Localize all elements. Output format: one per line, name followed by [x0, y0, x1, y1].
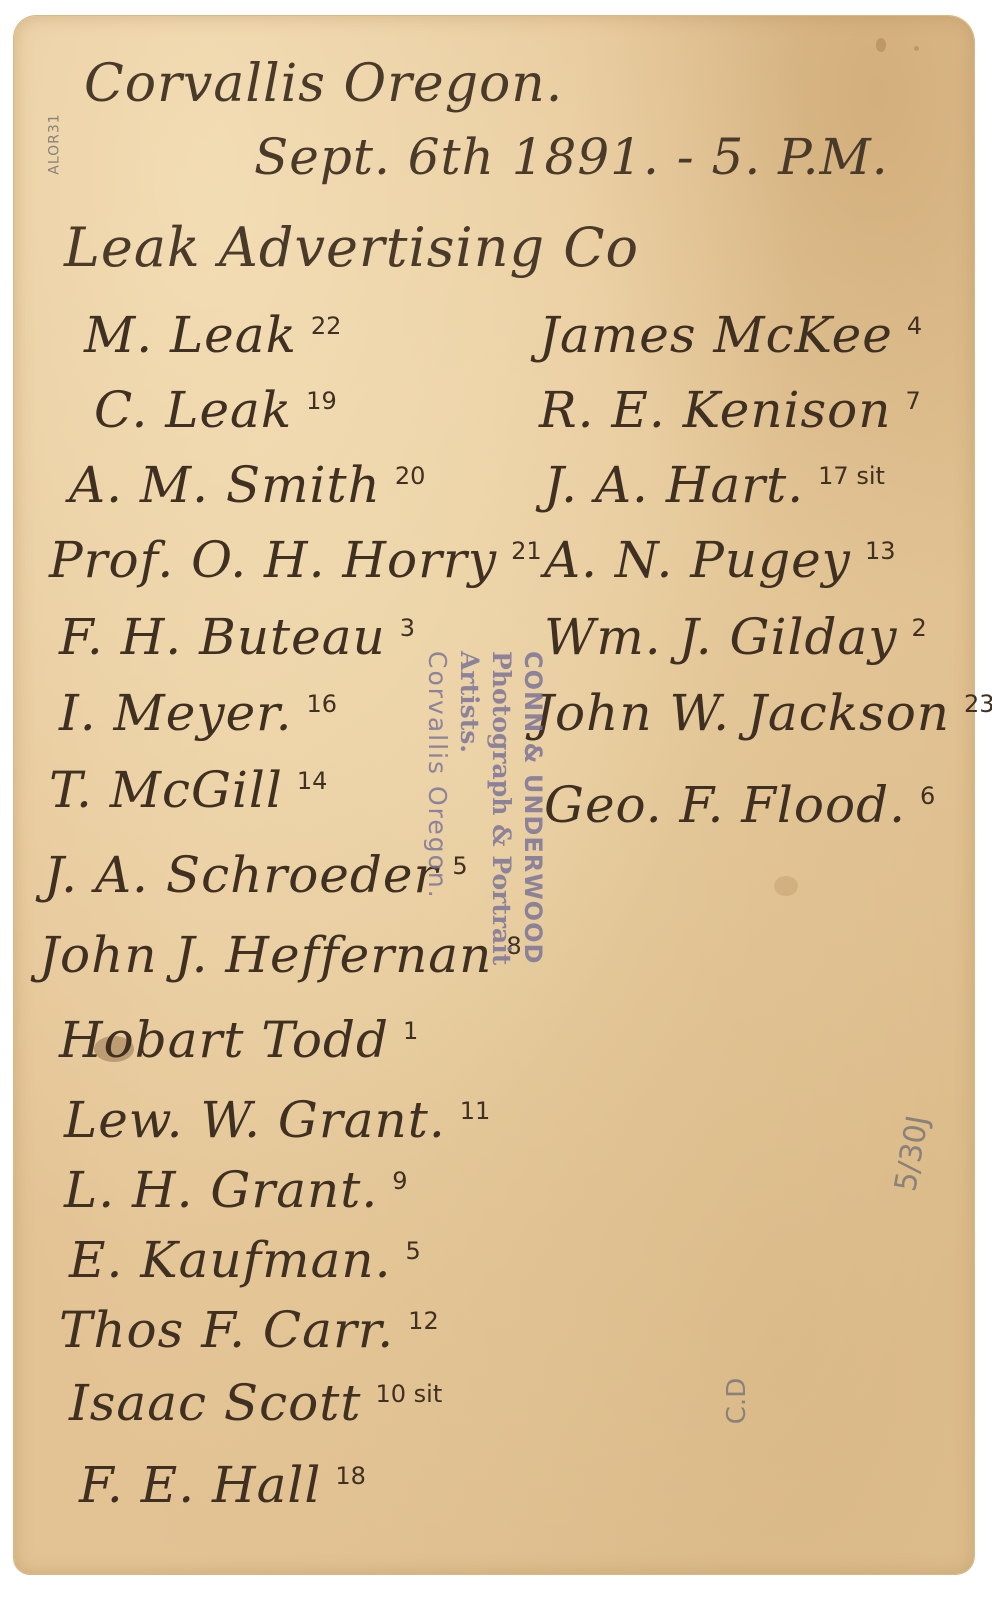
position-number: 18 [335, 1462, 366, 1490]
position-number: 10 sit [375, 1380, 442, 1408]
date-heading: Sept. 6th 1891. - 5. P.M. [254, 128, 889, 186]
pencil-initials: C.D [722, 1378, 752, 1424]
roster-entry: T. McGill14 [49, 761, 327, 819]
accession-number: ALOR31 [47, 113, 63, 174]
foxing-spot [774, 876, 798, 896]
person-name: Wm. J. Gilday [544, 608, 898, 666]
roster-entry: Wm. J. Gilday2 [544, 608, 927, 666]
position-number: 22 [311, 312, 342, 340]
position-number: 6 [920, 782, 935, 810]
company-name: Leak Advertising Co [64, 216, 639, 279]
roster-entry: Thos F. Carr.12 [59, 1301, 439, 1359]
position-number: 12 [408, 1307, 439, 1335]
position-number: 5 [405, 1237, 420, 1265]
position-number: 9 [392, 1167, 407, 1195]
place-heading: Corvallis Oregon. [84, 54, 563, 114]
roster-entry: Hobart Todd1 [59, 1011, 418, 1069]
roster-entry: John W. Jackson23 [534, 684, 992, 742]
person-name: Lew. W. Grant. [64, 1091, 446, 1149]
roster-entry: F. E. Hall18 [79, 1456, 366, 1514]
position-number: 13 [865, 537, 896, 565]
person-name: A. M. Smith [69, 456, 381, 514]
position-number: 16 [306, 690, 337, 718]
photographer-stamp: CONN & UNDERWOOD Photograph & Portrait A… [439, 651, 549, 1011]
person-name: E. Kaufman. [69, 1231, 391, 1289]
roster-entry: Geo. F. Flood.6 [544, 776, 935, 834]
position-number: 2 [912, 614, 927, 642]
stamp-studio-name: CONN & UNDERWOOD [517, 651, 549, 1011]
person-name: Isaac Scott [69, 1374, 361, 1432]
person-name: I. Meyer. [59, 684, 292, 742]
person-name: Hobart Todd [59, 1011, 389, 1069]
inventory-number: 5/30J [888, 1113, 936, 1194]
person-name: J. A. Hart. [544, 456, 804, 514]
person-name: Prof. O. H. Horry [49, 531, 497, 589]
roster-entry: A. N. Pugey13 [544, 531, 895, 589]
position-number: 7 [905, 387, 920, 415]
foxing-spot [914, 46, 919, 51]
person-name: John W. Jackson [534, 684, 950, 742]
person-name: Thos F. Carr. [59, 1301, 394, 1359]
stamp-studio-location: Corvallis Oregon. [421, 651, 453, 1011]
person-name: R. E. Kenison [539, 381, 891, 439]
roster-entry: R. E. Kenison7 [539, 381, 921, 439]
position-number: 19 [306, 387, 337, 415]
person-name: Geo. F. Flood. [544, 776, 906, 834]
person-name: M. Leak [84, 306, 297, 364]
position-number: 17 sit [818, 462, 885, 490]
position-number: 1 [403, 1017, 418, 1045]
person-name: F. E. Hall [79, 1456, 321, 1514]
roster-entry: I. Meyer.16 [59, 684, 337, 742]
roster-entry: L. H. Grant.9 [64, 1161, 408, 1219]
stamp-studio-tagline: Photograph & Portrait Artists. [453, 651, 517, 1011]
position-number: 4 [907, 312, 922, 340]
roster-entry: Lew. W. Grant.11 [64, 1091, 490, 1149]
person-name: T. McGill [49, 761, 283, 819]
position-number: 21 [511, 537, 542, 565]
roster-entry: J. A. Hart.17 sit [544, 456, 885, 514]
person-name: James McKee [539, 306, 893, 364]
roster-entry: M. Leak22 [84, 306, 341, 364]
person-name: J. A. Schroeder [44, 846, 438, 904]
roster-entry: A. M. Smith20 [69, 456, 425, 514]
photo-card-reverse: ALOR31 Corvallis Oregon. Sept. 6th 1891.… [14, 16, 974, 1574]
roster-entry: Isaac Scott10 sit [69, 1374, 442, 1432]
person-name: A. N. Pugey [544, 531, 851, 589]
person-name: F. H. Buteau [59, 608, 386, 666]
roster-entry: J. A. Schroeder5 [44, 846, 468, 904]
roster-entry: E. Kaufman.5 [69, 1231, 421, 1289]
roster-entry: F. H. Buteau3 [59, 608, 415, 666]
roster-entry: Prof. O. H. Horry21 [49, 531, 542, 589]
foxing-spot [876, 38, 886, 52]
person-name: L. H. Grant. [64, 1161, 378, 1219]
position-number: 14 [297, 767, 328, 795]
person-name: C. Leak [94, 381, 292, 439]
roster-entry: James McKee4 [539, 306, 922, 364]
roster-entry: C. Leak19 [94, 381, 337, 439]
position-number: 20 [395, 462, 426, 490]
position-number: 11 [460, 1097, 491, 1125]
position-number: 3 [400, 614, 415, 642]
position-number: 23 [964, 690, 992, 718]
